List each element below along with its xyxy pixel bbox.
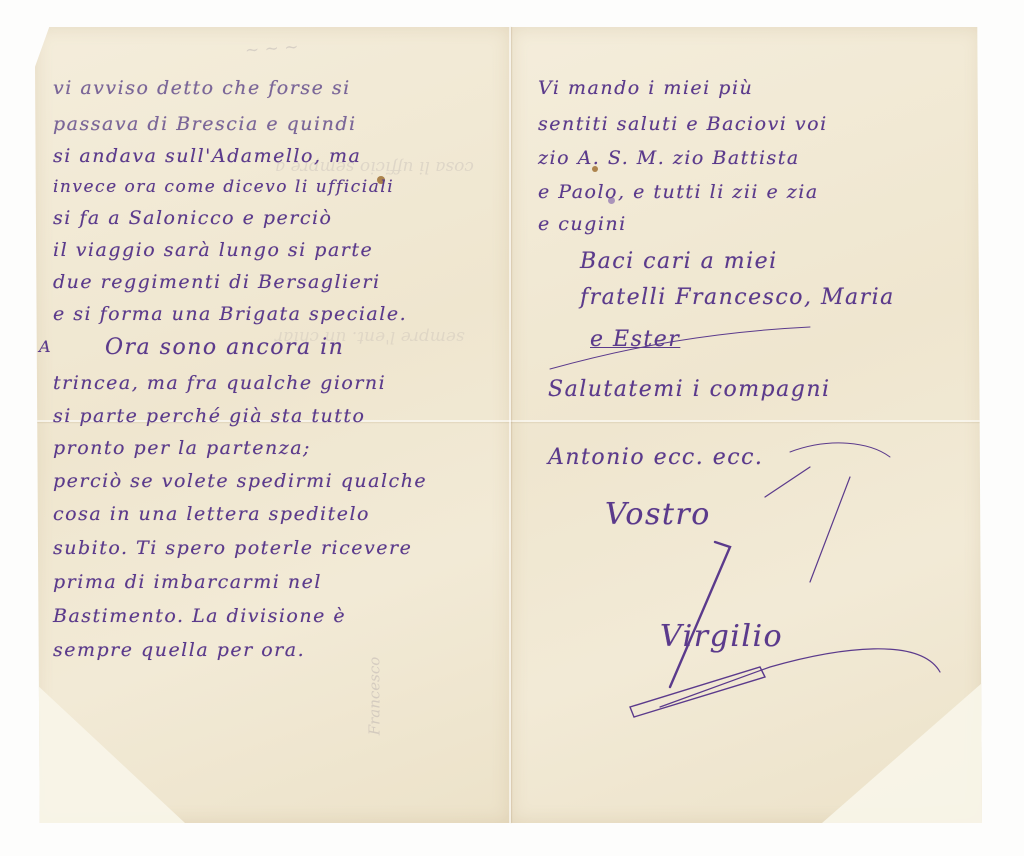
letter-line: Bastimento. La divisione è — [53, 605, 346, 627]
margin-mark: A — [39, 337, 52, 356]
left-page: ~ ~ ~ cosa li ufficio sempre a sempre l'… — [35, 27, 510, 823]
letter-line: due reggimenti di Bersaglieri — [53, 271, 381, 293]
letter-line: passava di Brescia e quindi — [53, 113, 357, 135]
right-page: Vi mando i miei più sentiti saluti e Bac… — [510, 27, 982, 823]
letter-line: sempre quella per ora. — [53, 639, 305, 661]
center-fold — [509, 27, 511, 823]
letter-line: si andava sull'Adamello, ma — [53, 145, 361, 167]
letter-line: Ora sono ancora in — [105, 335, 344, 360]
letter-line: si fa a Salonicco e perciò — [53, 207, 333, 229]
letter-line: subito. Ti spero poterle ricevere — [53, 537, 412, 559]
letter-line: cosa in una lettera speditelo — [53, 503, 370, 525]
letter-line: e si forma una Brigata speciale. — [53, 303, 407, 325]
letter-line: il viaggio sarà lungo si parte — [53, 239, 373, 261]
letter-line: perciò se volete spedirmi qualche — [53, 470, 427, 492]
pencil-mark: ~ ~ ~ — [244, 37, 299, 61]
bleed-through-text: Francesco — [365, 657, 383, 736]
signature-flourish-icon — [510, 27, 982, 823]
letter-line: prima di imbarcarmi nel — [53, 571, 322, 593]
letter-sheet: ~ ~ ~ cosa li ufficio sempre a sempre l'… — [35, 27, 982, 823]
letter-line: trincea, ma fra qualche giorni — [53, 372, 386, 394]
folded-corner-bottom-left — [35, 683, 185, 823]
letter-line: vi avviso detto che forse si — [53, 77, 351, 99]
letter-line: invece ora come dicevo li ufficiali — [53, 177, 394, 197]
letter-line: si parte perché già sta tutto — [53, 405, 365, 427]
letter-line: pronto per la partenza; — [53, 437, 311, 459]
